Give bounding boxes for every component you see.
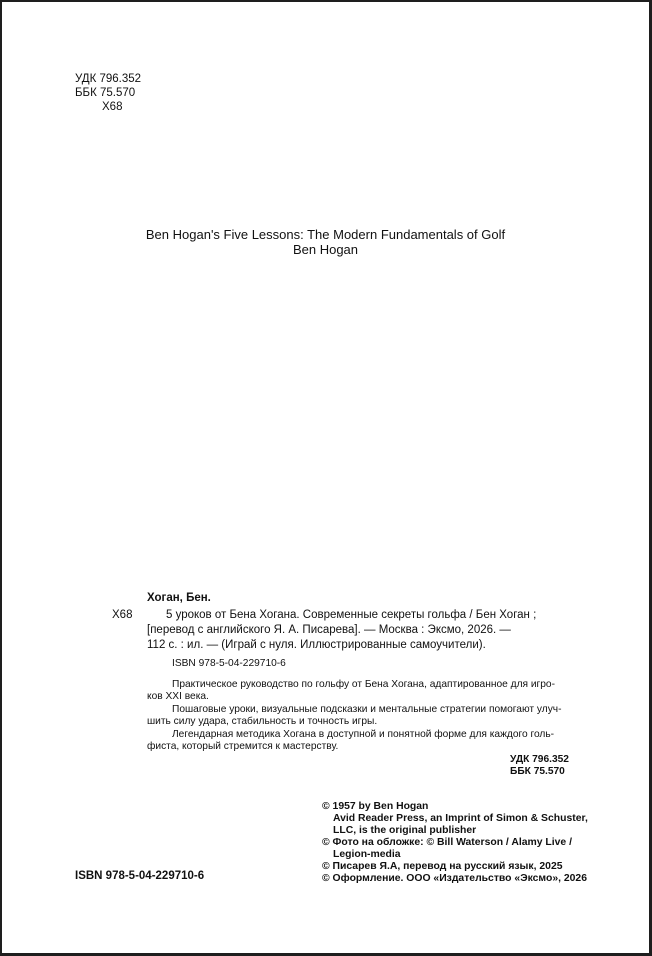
copyright-line-1: © 1957 by Ben Hogan: [322, 801, 428, 813]
bottom-isbn: ISBN 978-5-04-229710-6: [75, 869, 204, 883]
original-title: Ben Hogan's Five Lessons: The Modern Fun…: [2, 227, 649, 242]
catalog-heading: Хоган, Бен.: [147, 591, 211, 605]
copyright-line-5: Legion-media: [333, 849, 401, 861]
top-author-mark: Х68: [102, 100, 122, 114]
book-imprint-page: УДК 796.352 ББК 75.570 Х68 Ben Hogan's F…: [2, 2, 649, 953]
catalog-author-mark: Х68: [112, 608, 132, 622]
annotation-line-4: шить силу удара, стабильность и точность…: [147, 716, 377, 729]
annotation-line-1: Практическое руководство по гольфу от Бе…: [172, 679, 555, 692]
catalog-bbk: ББК 75.570: [510, 766, 565, 779]
original-author: Ben Hogan: [2, 242, 649, 257]
annotation-line-3: Пошаговые уроки, визуальные подсказки и …: [172, 704, 562, 717]
catalog-line-3: 112 с. : ил. — (Играй с нуля. Иллюстриро…: [147, 638, 486, 652]
catalog-line-2: [перевод с английского Я. А. Писарева]. …: [147, 623, 511, 637]
top-bbk: ББК 75.570: [75, 86, 135, 100]
copyright-line-4: © Фото на обложке: © Bill Waterson / Ala…: [322, 837, 572, 849]
annotation-line-2: ков XXI века.: [147, 691, 209, 704]
copyright-line-7: © Оформление. ООО «Издательство «Эксмо»,…: [322, 873, 587, 885]
copyright-line-6: © Писарев Я.А, перевод на русский язык, …: [322, 861, 563, 873]
catalog-isbn: ISBN 978-5-04-229710-6: [172, 658, 286, 671]
annotation-line-5: Легендарная методика Хогана в доступной …: [172, 729, 554, 742]
annotation-line-6: фиста, который стремится к мастерству.: [147, 741, 338, 754]
top-udk: УДК 796.352: [75, 72, 141, 86]
catalog-line-1: 5 уроков от Бена Хогана. Современные сек…: [166, 608, 536, 622]
copyright-line-2: Avid Reader Press, an Imprint of Simon &…: [333, 813, 588, 825]
copyright-line-3: LLC, is the original publisher: [333, 825, 476, 837]
catalog-udk: УДК 796.352: [510, 754, 569, 767]
